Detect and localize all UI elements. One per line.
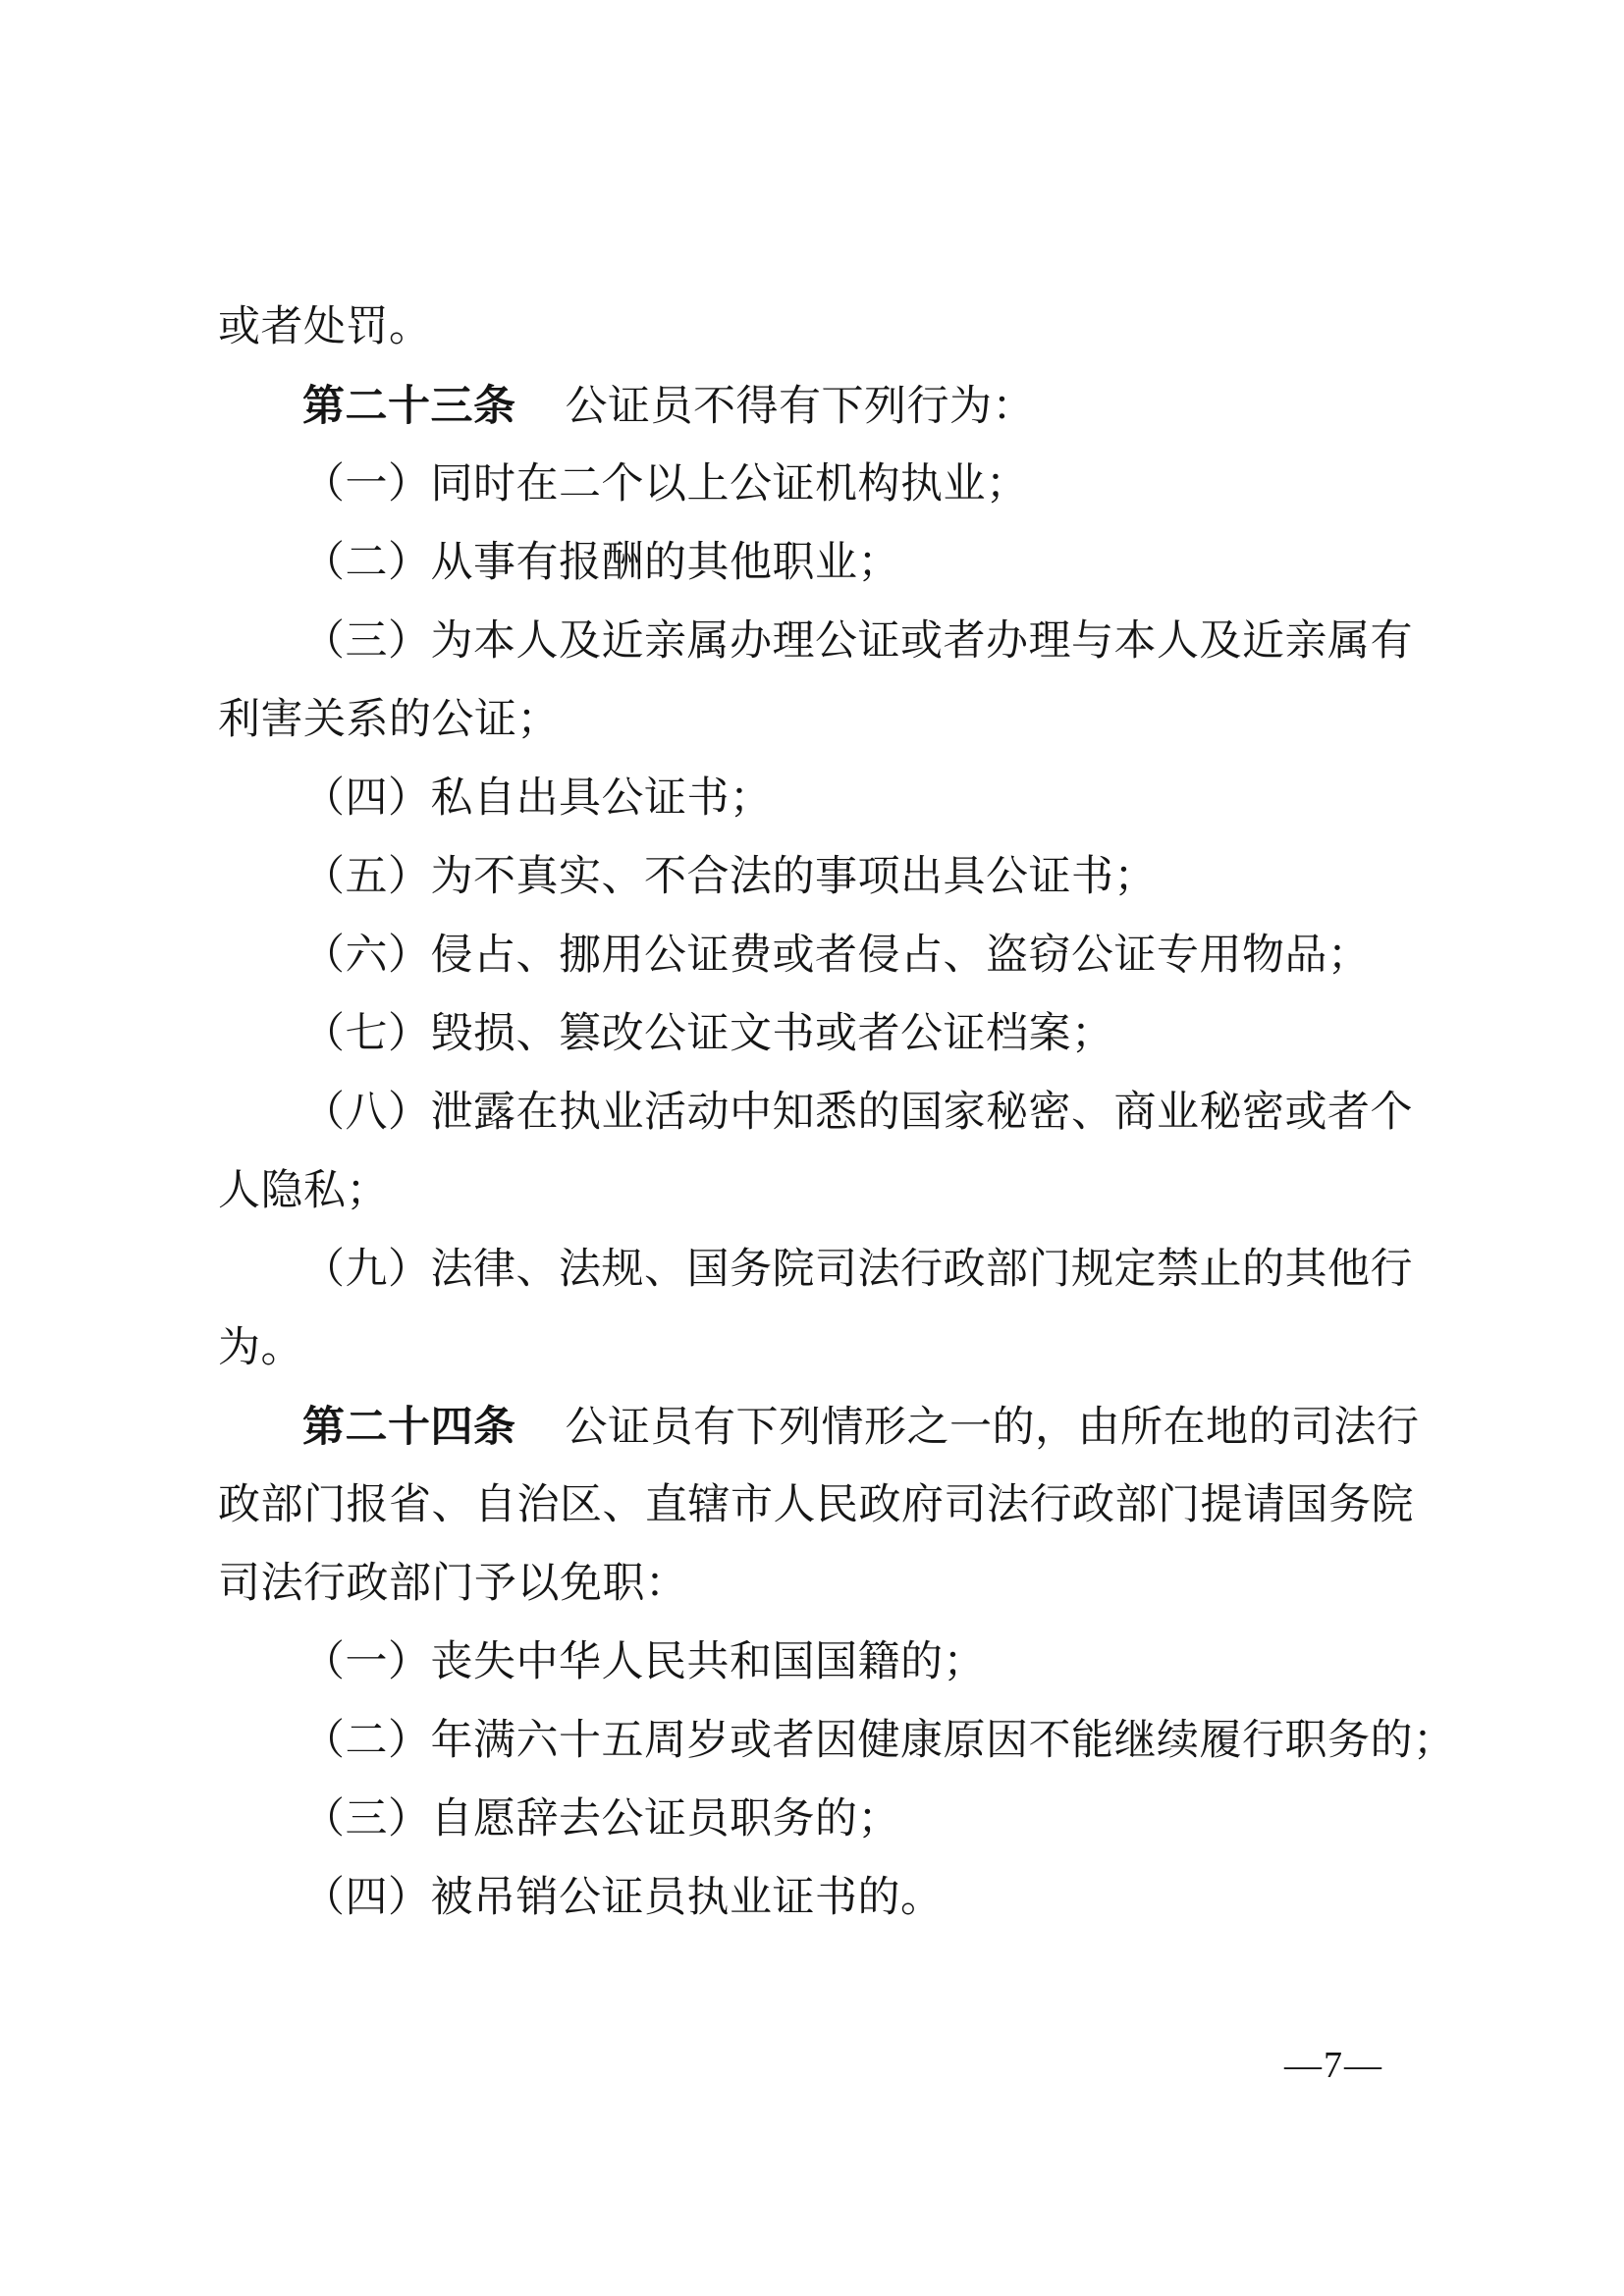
text-line: 为。 — [218, 1309, 1435, 1388]
page-number: —7— — [1284, 2044, 1383, 2087]
text-line: 人隐私； — [218, 1152, 1435, 1231]
list-item-line: （四）被吊销公证员执业证书的。 — [218, 1859, 1435, 1938]
line-text: 人隐私； — [218, 1168, 389, 1214]
line-text: （六）侵占、挪用公证费或者侵占、盗窃公证专用物品； — [302, 933, 1371, 979]
line-text: （三）自愿辞去公证员职务的； — [302, 1796, 900, 1842]
list-item-line: （二）从事有报酬的其他职业； — [218, 524, 1435, 603]
article-heading-line: 第二十四条公证员有下列情形之一的，由所在地的司法行 — [218, 1388, 1435, 1467]
line-text: 公证员不得有下列行为： — [566, 384, 1036, 430]
article-number: 第二十四条 — [302, 1404, 516, 1451]
line-text: （八）泄露在执业活动中知悉的国家秘密、商业秘密或者个 — [302, 1090, 1413, 1136]
text-line: 或者处罚。 — [218, 289, 1435, 367]
line-text: （九）法律、法规、国务院司法行政部门规定禁止的其他行 — [302, 1247, 1413, 1293]
list-item-line: （二）年满六十五周岁或者因健康原因不能继续履行职务的； — [218, 1702, 1435, 1781]
list-item-line: （一）丧失中华人民共和国国籍的； — [218, 1624, 1435, 1702]
line-text: 司法行政部门予以免职： — [218, 1561, 688, 1607]
article-heading-line: 第二十三条公证员不得有下列行为： — [218, 367, 1435, 446]
list-item-line: （一）同时在二个以上公证机构执业； — [218, 446, 1435, 524]
text-line: 司法行政部门予以免职： — [218, 1545, 1435, 1624]
line-text: （二）从事有报酬的其他职业； — [302, 540, 900, 586]
line-text: （三）为本人及近亲属办理公证或者办理与本人及近亲属有 — [302, 618, 1413, 665]
line-text: （一）同时在二个以上公证机构执业； — [302, 461, 1029, 507]
line-text: （一）丧失中华人民共和国国籍的； — [302, 1639, 986, 1685]
line-text: 为。 — [218, 1325, 303, 1371]
line-text: （五）为不真实、不合法的事项出具公证书； — [302, 854, 1157, 900]
line-text: 利害关系的公证； — [218, 697, 560, 743]
document-page: 或者处罚。 第二十三条公证员不得有下列行为： （一）同时在二个以上公证机构执业；… — [0, 0, 1624, 2296]
line-text: 公证员有下列情形之一的，由所在地的司法行 — [566, 1405, 1420, 1451]
list-item-line: （八）泄露在执业活动中知悉的国家秘密、商业秘密或者个 — [218, 1074, 1435, 1152]
document-body: 或者处罚。 第二十三条公证员不得有下列行为： （一）同时在二个以上公证机构执业；… — [218, 289, 1435, 1938]
list-item-line: （五）为不真实、不合法的事项出具公证书； — [218, 838, 1435, 917]
line-text: （二）年满六十五周岁或者因健康原因不能继续履行职务的； — [302, 1718, 1456, 1764]
list-item-line: （七）毁损、篡改公证文书或者公证档案； — [218, 995, 1435, 1074]
line-text: 政部门报省、自治区、直辖市人民政府司法行政部门提请国务院 — [218, 1482, 1414, 1528]
list-item-line: （六）侵占、挪用公证费或者侵占、盗窃公证专用物品； — [218, 917, 1435, 995]
text-line: 政部门报省、自治区、直辖市人民政府司法行政部门提请国务院 — [218, 1467, 1435, 1545]
list-item-line: （三）为本人及近亲属办理公证或者办理与本人及近亲属有 — [218, 603, 1435, 681]
list-item-line: （四）私自出具公证书； — [218, 760, 1435, 838]
line-text: 或者处罚。 — [218, 304, 432, 350]
list-item-line: （三）自愿辞去公证员职务的； — [218, 1781, 1435, 1859]
article-number: 第二十三条 — [302, 383, 516, 430]
line-text: （四）私自出具公证书； — [302, 775, 773, 822]
text-line: 利害关系的公证； — [218, 681, 1435, 760]
list-item-line: （九）法律、法规、国务院司法行政部门规定禁止的其他行 — [218, 1231, 1435, 1309]
line-text: （七）毁损、篡改公证文书或者公证档案； — [302, 1011, 1114, 1057]
line-text: （四）被吊销公证员执业证书的。 — [302, 1875, 944, 1921]
